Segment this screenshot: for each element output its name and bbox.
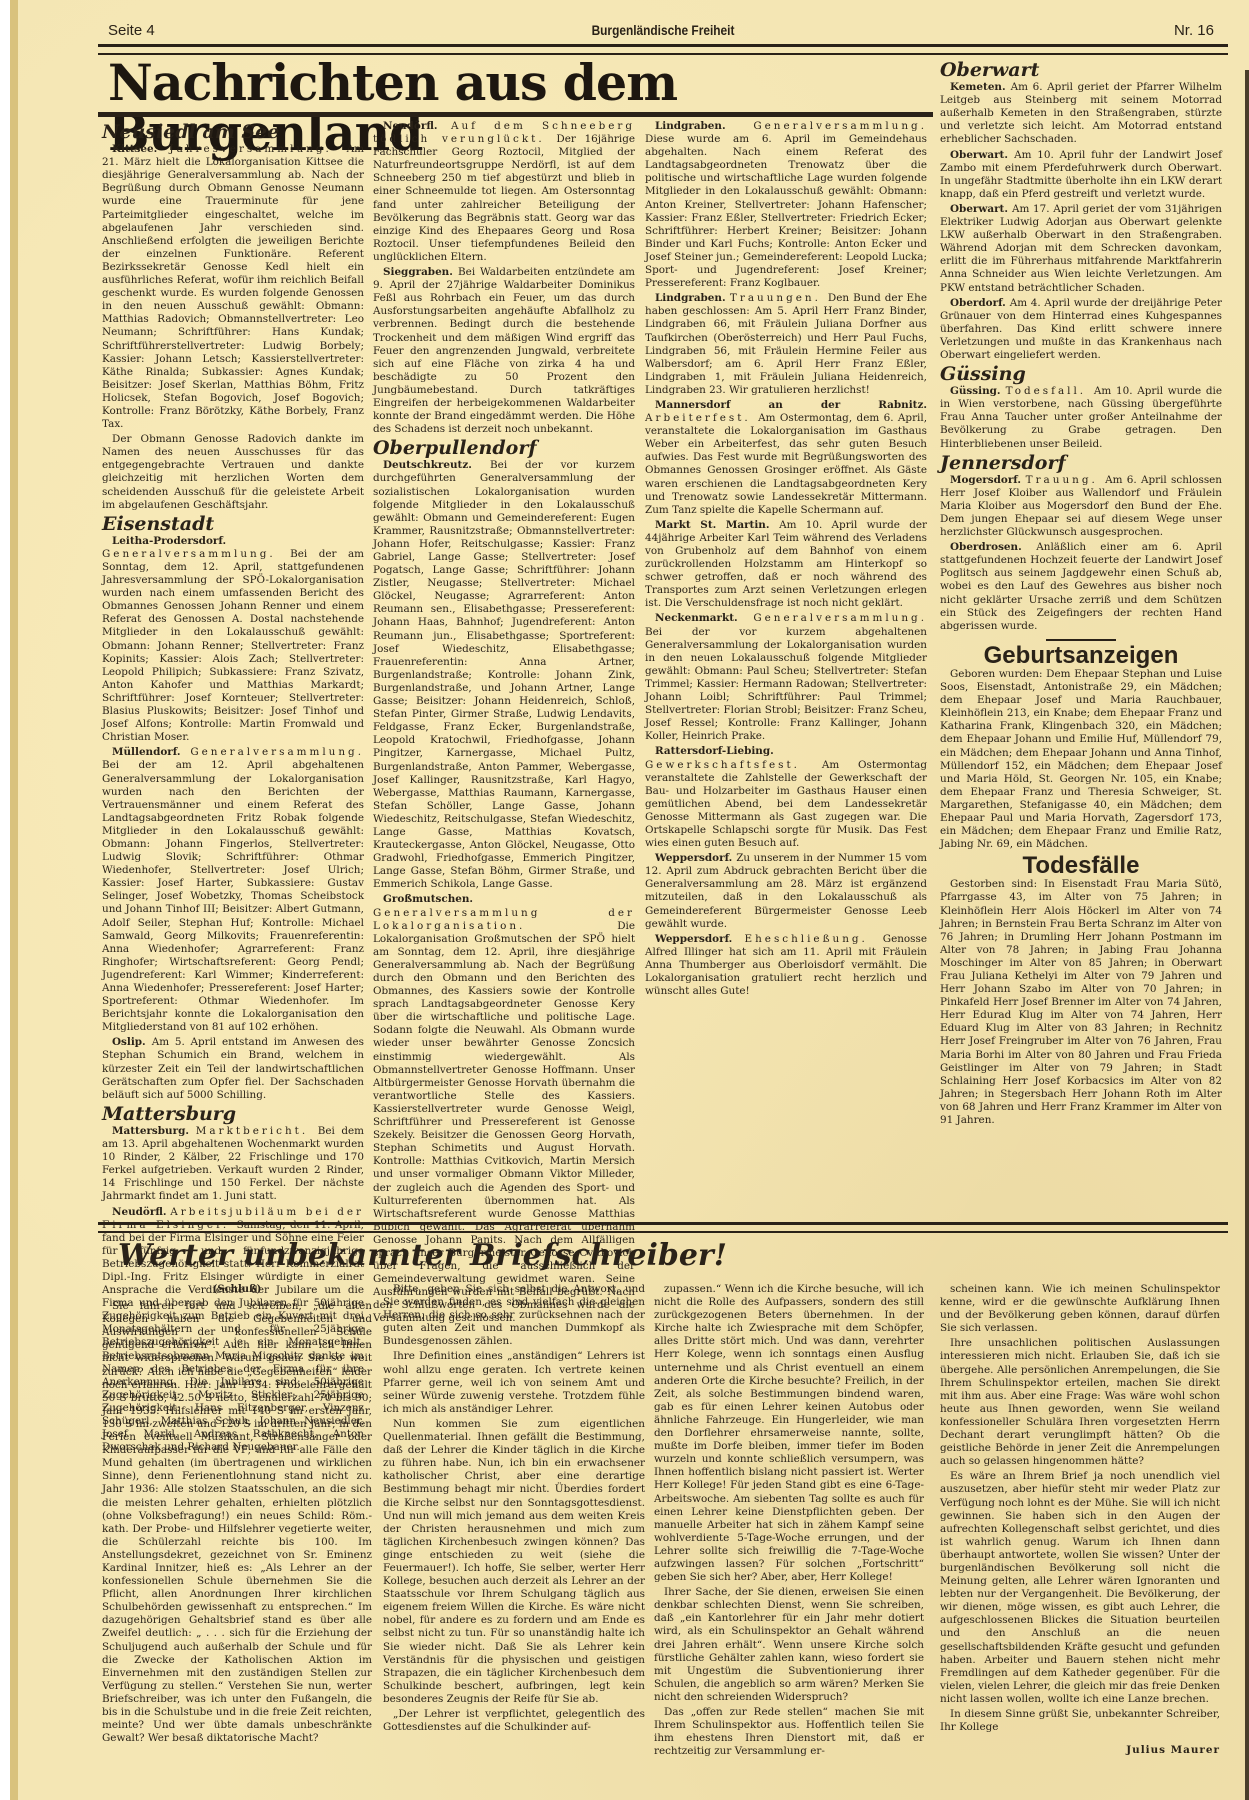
letter-paragraph: Das „offen zur Rede stellen“ machen Sie … (654, 1706, 924, 1758)
letter-column-4: scheinen kann. Wie ich meinen Schulinspe… (940, 1283, 1220, 1757)
letter-paragraph: „Der Lehrer ist verpflichtet, gelegentli… (383, 1708, 645, 1734)
news-item: Oberdorf. Am 4. April wurde der dreijähr… (940, 297, 1222, 362)
section-oberpullendorf: Deutschkreutz. Bei der vor kurzem durchg… (373, 459, 635, 1325)
news-place: Leitha-Prodersdorf. (112, 535, 226, 547)
news-item: Sieggraben. Bei Waldarbeiten entzündete … (373, 266, 635, 436)
section-title-oberwart: Oberwart (940, 64, 1222, 77)
news-topic: Gewerkschaftsfest. (645, 759, 822, 771)
news-place: Rattersdorf-Liebing. (655, 745, 774, 757)
news-item: Güssing. Todesfall. Am 10. April wurde d… (940, 385, 1222, 450)
separator-rule (1046, 639, 1116, 641)
letter-paragraph: Nun kommen Sie zum eigentlichen Quellenm… (383, 1418, 645, 1706)
letter-separator-rule (98, 1222, 1228, 1233)
news-place: Mattersburg. (112, 1125, 196, 1137)
news-topic: Eheschließung. (745, 933, 883, 945)
newspaper-page: Seite 4 Burgenländische Freiheit Nr. 16 … (10, 0, 1249, 1800)
news-place: Sieggraben. (383, 266, 458, 278)
letter-column-2: Bitte, geben Sie sich selbst die Antwort… (383, 1283, 645, 1736)
news-place: Mannersdorf an der Rabnitz. (655, 399, 927, 411)
news-topic: Trauungen. (730, 292, 828, 304)
news-place: Kemeten. (950, 81, 1011, 93)
letter-column-3: zupassen.“ Wenn ich die Kirche besuche, … (654, 1283, 924, 1760)
letter-col-body-3: zupassen.“ Wenn ich die Kirche besuche, … (654, 1283, 924, 1758)
letter-paragraph: Ihre unsachlichen politischen Auslassung… (940, 1337, 1220, 1468)
news-place: Oberwart. (950, 203, 1012, 215)
news-topic: Jahresversammlung. (169, 143, 346, 155)
letter-title: Werter unbekannter Briefschreiber! (118, 1238, 1018, 1273)
news-item: Rattersdorf-Liebing. Gewerkschaftsfest. … (645, 745, 927, 850)
news-item: Müllendorf. Generalversammlung. Bei der … (102, 746, 364, 1034)
news-item: Der Obmann Genosse Radovich dankte im Na… (102, 433, 364, 512)
news-item: Lindgraben. Generalversammlung. Diese wu… (645, 120, 927, 290)
news-topic: Generalversammlung. (753, 612, 927, 624)
section-jennersdorf: Mogersdorf. Trauung. Am 6. April schloss… (940, 474, 1222, 633)
section-title-eisenstadt: Eisenstadt (102, 518, 364, 531)
page-edge (1245, 70, 1249, 1800)
news-topic: Generalversammlung. (102, 548, 290, 560)
letter-signature: Julius Maurer (940, 1744, 1220, 1757)
news-topic: Generalversammlung der Lokalorganisation… (373, 907, 635, 932)
letter-col-body-4: scheinen kann. Wie ich meinen Schulinspe… (940, 1283, 1220, 1734)
births-title: Geburtsanzeigen (940, 649, 1222, 662)
news-place: Neckenmarkt. (655, 612, 753, 624)
section-mattersburg-cont: Neudörfl. Auf dem Schneeberg tödlich ver… (373, 120, 635, 436)
section-neusiedl: Kittsee. Jahresversammlung. Am 21. März … (102, 143, 364, 512)
news-item: Kemeten. Am 6. April geriet der Pfarrer … (940, 81, 1222, 146)
section-eisenstadt: Leitha-Prodersdorf. Generalversammlung. … (102, 535, 364, 1102)
news-topic: Marktbericht. (196, 1125, 318, 1137)
news-place: Müllendorf. (112, 746, 190, 758)
news-place: Weppersdorf. (655, 852, 736, 864)
letter-paragraph: In diesem Sinne grüßt Sie, unbekannter S… (940, 1708, 1220, 1734)
letter-paragraph: zupassen.“ Wenn ich die Kirche besuche, … (654, 1283, 924, 1584)
news-place: Lindgraben. (655, 292, 730, 304)
news-place: Oslip. (112, 1036, 152, 1048)
news-place: Neudörfl. (112, 1206, 170, 1218)
letter-paragraph: Ihrer Sache, der Sie dienen, erweisen Si… (654, 1586, 924, 1704)
news-item: Oslip. Am 5. April entstand im Anwesen d… (102, 1036, 364, 1101)
section-oberwart: Kemeten. Am 6. April geriet der Pfarrer … (940, 81, 1222, 362)
letter-note: (Schluß) (102, 1283, 372, 1296)
letter-paragraph: Es wäre an Ihrem Brief ja noch unendlich… (940, 1470, 1220, 1706)
section-guessing: Güssing. Todesfall. Am 10. April wurde d… (940, 385, 1222, 450)
news-place: Güssing. (950, 385, 1006, 397)
letter-col-body-1: Sie fahren fort und schreiben, „die alte… (102, 1300, 372, 1745)
news-item: Markt St. Martin. Am 10. April wurde der… (645, 519, 927, 611)
news-topic: Todesfall. (1006, 385, 1094, 397)
paper-name: Burgenländische Freiheit (183, 22, 1144, 38)
news-item: Deutschkreutz. Bei der vor kurzem durchg… (373, 459, 635, 891)
news-item: Oberdrosen. Anläßlich einer am 6. April … (940, 541, 1222, 633)
news-item: Mannersdorf an der Rabnitz. Arbeiterfest… (645, 399, 927, 517)
news-topic: Trauung. (1026, 474, 1105, 486)
news-item: Neudörfl. Auf dem Schneeberg tödlich ver… (373, 120, 635, 264)
news-place: Großmutschen. (383, 893, 473, 905)
news-topic: Generalversammlung. (190, 746, 364, 758)
news-item: Neckenmarkt. Generalversammlung. Bei der… (645, 612, 927, 743)
headline-rule (98, 112, 933, 117)
news-place: Neudörfl. (383, 120, 451, 132)
letter-paragraph: Bitte, geben Sie sich selbst die Antwort… (383, 1283, 645, 1348)
news-place: Weppersdorf. (655, 933, 745, 945)
letter-paragraph: scheinen kann. Wie ich meinen Schulinspe… (940, 1283, 1220, 1335)
issue-number: Nr. 16 (1174, 22, 1214, 39)
column-3: Lindgraben. Generalversammlung. Diese wu… (645, 120, 927, 1000)
news-place: Oberdrosen. (950, 541, 1036, 553)
news-place: Mogersdorf. (950, 474, 1026, 486)
section-title-jennersdorf: Jennersdorf (940, 457, 1222, 470)
news-item: Oberwart. Am 10. April fuhr der Landwirt… (940, 149, 1222, 201)
news-place: Deutschkreutz. (383, 459, 490, 471)
news-place: Markt St. Martin. (655, 519, 779, 531)
masthead: Seite 4 Burgenländische Freiheit Nr. 16 (98, 22, 1228, 44)
births-text: Geboren wurden: Dem Ehepaar Stephan und … (940, 668, 1222, 851)
news-item: Leitha-Prodersdorf. Generalversammlung. … (102, 535, 364, 745)
news-place: Oberdorf. (950, 297, 1010, 309)
column-2: Neudörfl. Auf dem Schneeberg tödlich ver… (373, 120, 635, 1328)
news-topic: Arbeiterfest. (645, 412, 758, 424)
section-title-oberpullendorf: Oberpullendorf (373, 442, 635, 455)
news-item: Kittsee. Jahresversammlung. Am 21. März … (102, 143, 364, 431)
deaths-title: Todesfälle (940, 859, 1222, 872)
news-item: Lindgraben. Trauungen. Den Bund der Ehe … (645, 292, 927, 397)
section-title-guessing: Güssing (940, 368, 1222, 381)
letter-col-body-2: Bitte, geben Sie sich selbst die Antwort… (383, 1283, 645, 1734)
section-oberpullendorf-cont: Lindgraben. Generalversammlung. Diese wu… (645, 120, 927, 998)
news-item: Weppersdorf. Eheschließung. Genosse Alfr… (645, 933, 927, 998)
news-topic: Generalversammlung. (753, 120, 927, 132)
deaths-text: Gestorben sind: In Eisenstadt Frau Maria… (940, 878, 1222, 1127)
section-title-mattersburg: Mattersburg (102, 1108, 364, 1121)
news-item: Weppersdorf. Zu unserem in der Nummer 15… (645, 852, 927, 931)
column-4: Oberwart Kemeten. Am 6. April geriet der… (940, 58, 1222, 1129)
section-title-neusiedl: Neusiedl am See (102, 126, 364, 139)
news-item: Mattersburg. Marktbericht. Bei dem am 13… (102, 1125, 364, 1204)
letter-paragraph: Ihre Definition eines „anständigen“ Lehr… (383, 1350, 645, 1415)
news-place: Lindgraben. (655, 120, 753, 132)
letter-paragraph: Sie fahren fort und schreiben, „die alte… (102, 1300, 372, 1745)
news-place: Oberwart. (950, 149, 1014, 161)
news-place: Kittsee. (112, 143, 169, 155)
news-item: Oberwart. Am 17. April geriet der vom 31… (940, 203, 1222, 295)
page-number: Seite 4 (108, 22, 155, 39)
letter-column-1: (Schluß) Sie fahren fort und schreiben, … (102, 1283, 372, 1747)
news-item: Mogersdorf. Trauung. Am 6. April schloss… (940, 474, 1222, 539)
